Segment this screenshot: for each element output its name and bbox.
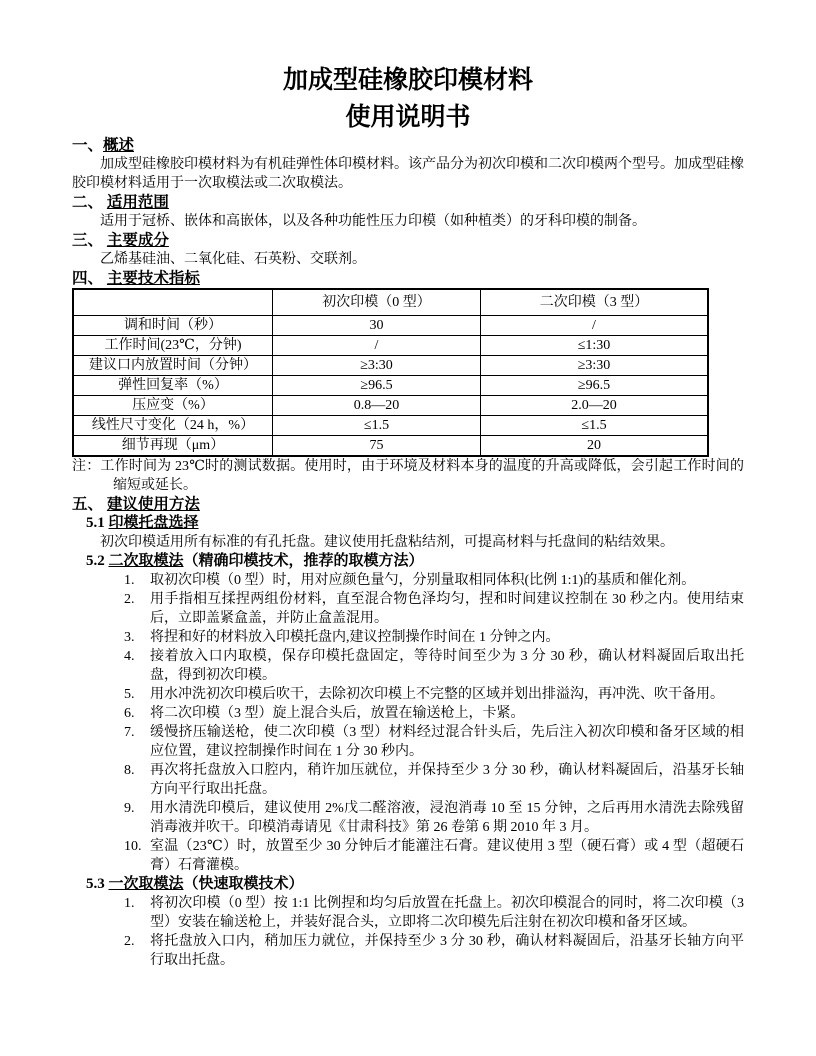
section-keyword: 主要技术指标: [107, 270, 200, 287]
list-item-number: 10.: [124, 837, 150, 875]
table-cell: 2.0—20: [481, 396, 709, 416]
document-content: 加成型硅橡胶印模材料 使用说明书 一、概述 加成型硅橡胶印模材料为有机硅弹性体印…: [0, 0, 816, 970]
list-item: 7.缓慢挤压输送枪，使二次印模（3 型）材料经过混合针头后，先后注入初次印模和备…: [124, 723, 744, 761]
subsection-keyword: 二次取模法: [109, 553, 184, 569]
subsection-keyword: 印模托盘选择: [109, 515, 199, 531]
list-item-number: 3.: [124, 628, 150, 647]
table-footnote: 注：工作时间为 23℃时的测试数据。使用时，由于环境及材料本身的温度的升高或降低…: [72, 457, 744, 495]
table-cell: ≤1.5: [481, 416, 709, 436]
list-item-number: 5.: [124, 685, 150, 704]
section-heading-scope: 二、 适用范围: [72, 193, 744, 212]
document-title-line1: 加成型硅橡胶印模材料: [72, 62, 744, 99]
table-cell: 0.8—20: [273, 396, 481, 416]
list-item-text: 将初次印模（0 型）按 1:1 比例捏和均匀后放置在托盘上。初次印模混合的同时，…: [150, 894, 744, 932]
table-cell: ≥3:30: [273, 356, 481, 376]
section-keyword: 主要成分: [107, 232, 169, 249]
overview-paragraph: 加成型硅橡胶印模材料为有机硅弹性体印模材料。该产品分为初次印模和二次印模两个型号…: [72, 155, 744, 193]
subsection-heading-one-step: 5.3 一次取模法（快速取模技术）: [86, 875, 744, 894]
table-cell: 细节再现（μm）: [73, 436, 273, 457]
list-item: 8.再次将托盘放入口腔内，稍许加压就位，并保持至少 3 分 30 秒，确认材料凝…: [124, 761, 744, 799]
spec-table: 初次印模（0 型） 二次印模（3 型） 调和时间（秒） 30 / 工作时间(23…: [72, 288, 709, 457]
table-cell: ≤1.5: [273, 416, 481, 436]
list-item: 5.用水冲洗初次印模后吹干，去除初次印模上不完整的区域并划出排溢沟，再冲洗、吹干…: [124, 685, 744, 704]
list-item-text: 取初次印模（0 型）时，用对应颜色量勺，分别量取相同体积(比例 1:1)的基质和…: [150, 571, 744, 590]
table-cell: 75: [273, 436, 481, 457]
section-keyword: 适用范围: [107, 194, 169, 211]
table-header-cell: 二次印模（3 型）: [481, 289, 709, 316]
table-cell: /: [273, 336, 481, 356]
section-number: 二、: [72, 194, 107, 211]
section-keyword: 概述: [103, 137, 134, 154]
section-number: 一、: [72, 137, 103, 154]
table-row: 工作时间(23℃，分钟) / ≤1:30: [73, 336, 708, 356]
section-heading-specs: 四、 主要技术指标: [72, 269, 744, 288]
list-item: 2.用手指相互揉捏两组份材料，直至混合物色泽均匀，捏和时间建议控制在 30 秒之…: [124, 590, 744, 628]
section-heading-usage: 五、 建议使用方法: [72, 495, 744, 514]
subsection-parenthetical: （精确印模技术，推荐的取模方法）: [184, 553, 424, 569]
list-item: 4.接着放入口内取模，保存印模托盘固定，等待时间至少为 3 分 30 秒，确认材…: [124, 647, 744, 685]
section-keyword: 建议使用方法: [107, 496, 200, 513]
list-item-number: 1.: [124, 571, 150, 590]
subsection-keyword: 一次取模法: [109, 876, 184, 892]
table-row: 调和时间（秒） 30 /: [73, 316, 708, 336]
table-cell: ≥3:30: [481, 356, 709, 376]
components-paragraph: 乙烯基硅油、二氧化硅、石英粉、交联剂。: [72, 250, 744, 269]
table-cell: ≤1:30: [481, 336, 709, 356]
list-item: 6.将二次印模（3 型）旋上混合头后，放置在输送枪上，卡紧。: [124, 704, 744, 723]
section-number: 四、: [72, 270, 107, 287]
table-cell: 30: [273, 316, 481, 336]
table-cell: 线性尺寸变化（24 h，%）: [73, 416, 273, 436]
list-item-text: 用水冲洗初次印模后吹干，去除初次印模上不完整的区域并划出排溢沟，再冲洗、吹干备用…: [150, 685, 744, 704]
scope-paragraph: 适用于冠桥、嵌体和高嵌体，以及各种功能性压力印模（如种植类）的牙科印模的制备。: [72, 212, 744, 231]
list-item: 10.室温（23℃）时，放置至少 30 分钟后才能灌注石膏。建议使用 3 型（硬…: [124, 837, 744, 875]
list-item-number: 2.: [124, 932, 150, 970]
table-header-cell: [73, 289, 273, 316]
section-number: 三、: [72, 232, 107, 249]
list-item-number: 2.: [124, 590, 150, 628]
section-heading-components: 三、 主要成分: [72, 231, 744, 250]
table-cell: 建议口内放置时间（分钟）: [73, 356, 273, 376]
table-row: 细节再现（μm） 75 20: [73, 436, 708, 457]
section-number: 五、: [72, 496, 107, 513]
table-cell: ≥96.5: [481, 376, 709, 396]
list-item-text: 再次将托盘放入口腔内，稍许加压就位，并保持至少 3 分 30 秒，确认材料凝固后…: [150, 761, 744, 799]
subsection-heading-tray-selection: 5.1 印模托盘选择: [86, 514, 744, 533]
subsection-number: 5.3: [86, 876, 109, 892]
list-item-number: 9.: [124, 799, 150, 837]
document-page: 加成型硅橡胶印模材料 使用说明书 一、概述 加成型硅橡胶印模材料为有机硅弹性体印…: [0, 0, 816, 1056]
list-item: 1.将初次印模（0 型）按 1:1 比例捏和均匀后放置在托盘上。初次印模混合的同…: [124, 894, 744, 932]
list-item-number: 7.: [124, 723, 150, 761]
list-item-text: 接着放入口内取模，保存印模托盘固定，等待时间至少为 3 分 30 秒，确认材料凝…: [150, 647, 744, 685]
table-cell: /: [481, 316, 709, 336]
list-item-text: 将托盘放入口内，稍加压力就位，并保持至少 3 分 30 秒，确认材料凝固后，沿基…: [150, 932, 744, 970]
list-item: 2.将托盘放入口内，稍加压力就位，并保持至少 3 分 30 秒，确认材料凝固后，…: [124, 932, 744, 970]
list-item-text: 用水清洗印模后，建议使用 2%戊二醛溶液，浸泡消毒 10 至 15 分钟，之后再…: [150, 799, 744, 837]
list-item: 9.用水清洗印模后，建议使用 2%戊二醛溶液，浸泡消毒 10 至 15 分钟，之…: [124, 799, 744, 837]
table-header-row: 初次印模（0 型） 二次印模（3 型）: [73, 289, 708, 316]
tray-selection-paragraph: 初次印模适用所有标准的有孔托盘。建议使用托盘粘结剂，可提高材料与托盘间的粘结效果…: [72, 533, 744, 552]
list-item: 1.取初次印模（0 型）时，用对应颜色量勺，分别量取相同体积(比例 1:1)的基…: [124, 571, 744, 590]
list-item-number: 8.: [124, 761, 150, 799]
section-heading-overview: 一、概述: [72, 136, 744, 155]
list-item-number: 1.: [124, 894, 150, 932]
list-item-number: 6.: [124, 704, 150, 723]
table-row: 建议口内放置时间（分钟） ≥3:30 ≥3:30: [73, 356, 708, 376]
list-item-text: 缓慢挤压输送枪，使二次印模（3 型）材料经过混合针头后，先后注入初次印模和备牙区…: [150, 723, 744, 761]
table-cell: 弹性回复率（%）: [73, 376, 273, 396]
list-item-text: 将捏和好的材料放入印模托盘内,建议控制操作时间在 1 分钟之内。: [150, 628, 744, 647]
subsection-number: 5.2: [86, 553, 109, 569]
table-header-cell: 初次印模（0 型）: [273, 289, 481, 316]
list-item-text: 将二次印模（3 型）旋上混合头后，放置在输送枪上，卡紧。: [150, 704, 744, 723]
list-item-number: 4.: [124, 647, 150, 685]
document-title-line2: 使用说明书: [72, 99, 744, 136]
list-item-text: 用手指相互揉捏两组份材料，直至混合物色泽均匀，捏和时间建议控制在 30 秒之内。…: [150, 590, 744, 628]
table-cell: 调和时间（秒）: [73, 316, 273, 336]
subsection-heading-two-step: 5.2 二次取模法（精确印模技术，推荐的取模方法）: [86, 552, 744, 571]
list-item-text: 室温（23℃）时，放置至少 30 分钟后才能灌注石膏。建议使用 3 型（硬石膏）…: [150, 837, 744, 875]
subsection-number: 5.1: [86, 515, 109, 531]
table-cell: 压应变（%）: [73, 396, 273, 416]
list-item: 3.将捏和好的材料放入印模托盘内,建议控制操作时间在 1 分钟之内。: [124, 628, 744, 647]
table-cell: ≥96.5: [273, 376, 481, 396]
table-row: 压应变（%） 0.8—20 2.0—20: [73, 396, 708, 416]
table-cell: 20: [481, 436, 709, 457]
table-row: 线性尺寸变化（24 h，%） ≤1.5 ≤1.5: [73, 416, 708, 436]
table-cell: 工作时间(23℃，分钟): [73, 336, 273, 356]
subsection-parenthetical: （快速取模技术）: [184, 876, 304, 892]
table-row: 弹性回复率（%） ≥96.5 ≥96.5: [73, 376, 708, 396]
